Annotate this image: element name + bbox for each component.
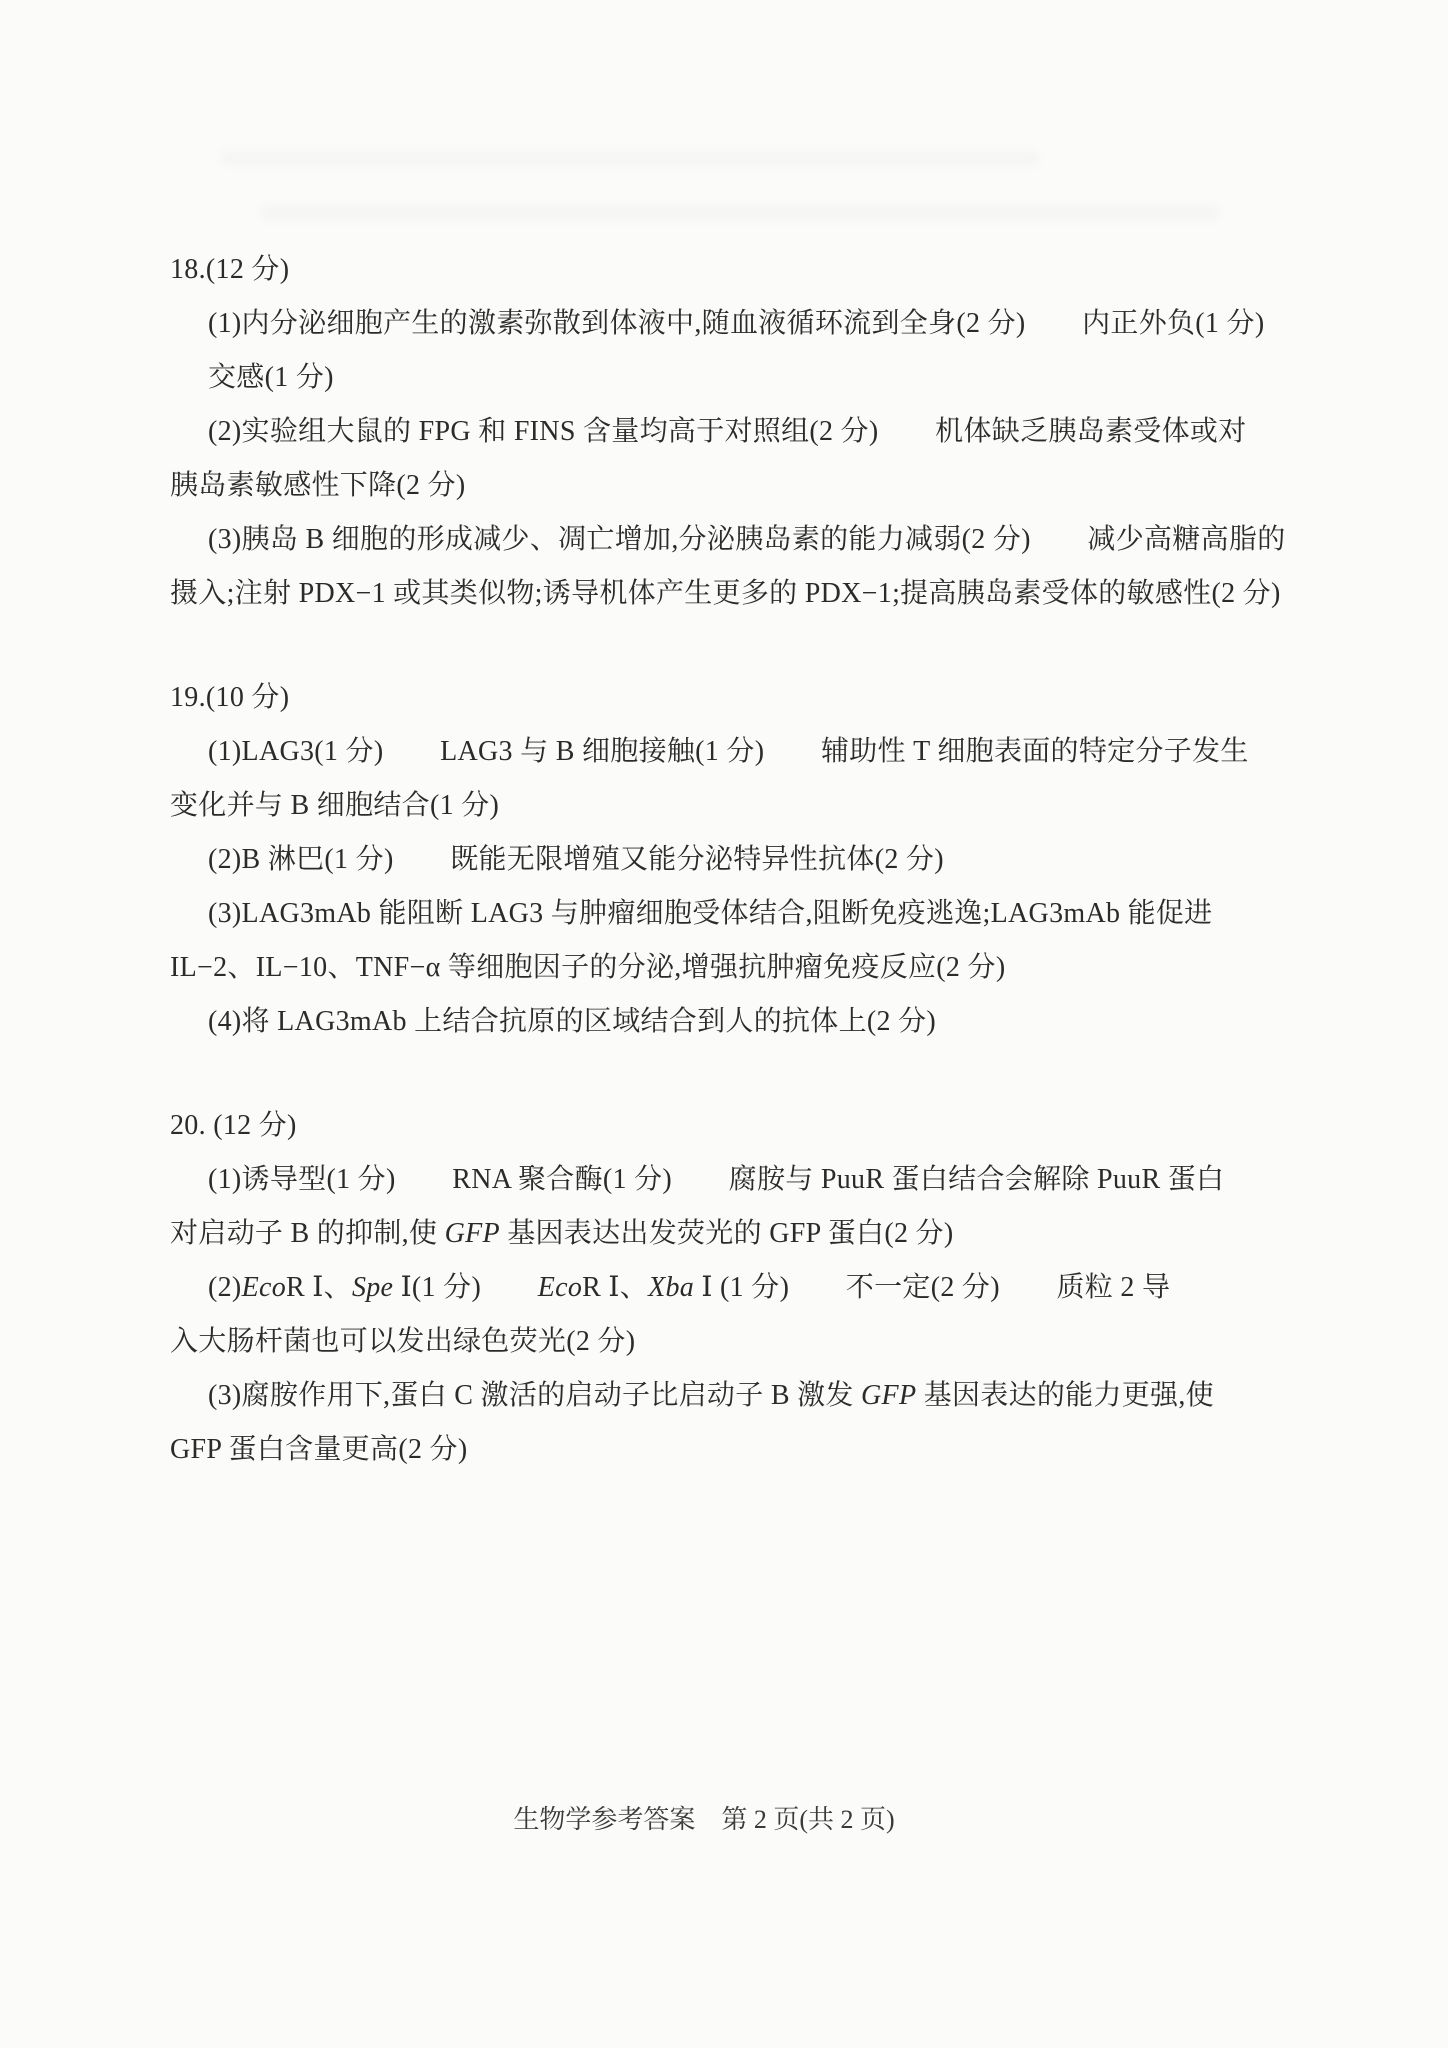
answer-segment	[394, 844, 451, 875]
answer-sheet-page: 18.(12 分)(1)内分泌细胞产生的激素弥散到体液中,随血液循环流到全身(2…	[0, 0, 1448, 2048]
answer-segment	[672, 1164, 729, 1195]
answer-segment-italic: GFP	[445, 1218, 500, 1249]
answer-line: (3)胰岛 B 细胞的形成减少、凋亡增加,分泌胰岛素的能力减弱(2 分) 减少高…	[170, 513, 1288, 567]
answer-segment: RNA 聚合酶(1 分)	[452, 1164, 672, 1195]
question-section: 20. (12 分)(1)诱导型(1 分) RNA 聚合酶(1 分) 腐胺与 P…	[170, 1099, 1288, 1477]
answer-line: (2)EcoR Ⅰ、Spe Ⅰ(1 分) EcoR Ⅰ、Xba Ⅰ (1 分) …	[170, 1261, 1288, 1315]
answer-segment	[396, 1164, 453, 1195]
answer-line: (1)诱导型(1 分) RNA 聚合酶(1 分) 腐胺与 PuuR 蛋白结合会解…	[170, 1153, 1288, 1207]
answer-segment: 质粒 2 导	[1056, 1272, 1170, 1303]
answer-segment: 减少高糖高脂的	[1087, 524, 1285, 555]
answer-segment	[1000, 1272, 1057, 1303]
answer-segment: R Ⅰ、	[286, 1272, 352, 1303]
answer-segment: 机体缺乏胰岛素受体或对	[935, 416, 1246, 447]
answer-segment	[1026, 308, 1083, 339]
answer-segment-italic: Xba	[648, 1272, 694, 1303]
question-section: 19.(10 分)(1)LAG3(1 分) LAG3 与 B 细胞接触(1 分)…	[170, 671, 1288, 1049]
answer-segment: 基因表达出发荧光的 GFP 蛋白(2 分)	[500, 1218, 954, 1249]
answer-segment-italic: GFP	[861, 1380, 916, 1411]
scan-bleed-artifact	[260, 205, 1220, 221]
answer-segment: 内正外负(1 分)	[1082, 308, 1264, 339]
answer-segment: (2)实验组大鼠的 FPG 和 FINS 含量均高于对照组(2 分)	[208, 416, 879, 447]
answer-segment: (3)胰岛 B 细胞的形成减少、凋亡增加,分泌胰岛素的能力减弱(2 分)	[208, 524, 1031, 555]
answer-line: (3)腐胺作用下,蛋白 C 激活的启动子比启动子 B 激发 GFP 基因表达的能…	[170, 1369, 1288, 1423]
answer-segment	[383, 736, 440, 767]
answer-line: GFP 蛋白含量更高(2 分)	[170, 1423, 1288, 1477]
question-section: 18.(12 分)(1)内分泌细胞产生的激素弥散到体液中,随血液循环流到全身(2…	[170, 243, 1288, 621]
answer-segment: (2)B 淋巴(1 分)	[208, 844, 394, 875]
answer-segment: 摄入;注射 PDX−1 或其类似物;诱导机体产生更多的 PDX−1;提高胰岛素受…	[170, 578, 1281, 609]
question-heading: 20. (12 分)	[170, 1099, 1288, 1153]
answer-segment: (1)诱导型(1 分)	[208, 1164, 396, 1195]
answer-segment	[789, 1272, 846, 1303]
question-heading: 19.(10 分)	[170, 671, 1288, 725]
answer-line: (4)将 LAG3mAb 上结合抗原的区域结合到人的抗体上(2 分)	[170, 995, 1288, 1049]
answer-line: 变化并与 B 细胞结合(1 分)	[170, 779, 1288, 833]
answer-segment: 既能无限增殖又能分泌特异性抗体(2 分)	[450, 844, 944, 875]
answer-line: (2)B 淋巴(1 分) 既能无限增殖又能分泌特异性抗体(2 分)	[170, 833, 1288, 887]
answer-segment-italic: Spe	[352, 1272, 393, 1303]
answer-line: IL−2、IL−10、TNF−α 等细胞因子的分泌,增强抗肿瘤免疫反应(2 分)	[170, 941, 1288, 995]
answer-segment: 胰岛素敏感性下降(2 分)	[170, 470, 466, 501]
answers-content: 18.(12 分)(1)内分泌细胞产生的激素弥散到体液中,随血液循环流到全身(2…	[170, 243, 1288, 1477]
answer-segment: 不一定(2 分)	[846, 1272, 1000, 1303]
answer-segment: (3)腐胺作用下,蛋白 C 激活的启动子比启动子 B 激发	[208, 1380, 861, 1411]
answer-segment: (2)	[208, 1272, 242, 1303]
page-footer: 生物学参考答案 第 2 页(共 2 页)	[0, 1800, 1428, 1840]
answer-line: (1)LAG3(1 分) LAG3 与 B 细胞接触(1 分) 辅助性 T 细胞…	[170, 725, 1288, 779]
answer-segment-italic: Eco	[242, 1272, 286, 1303]
answer-segment	[481, 1272, 538, 1303]
answer-line: (3)LAG3mAb 能阻断 LAG3 与肿瘤细胞受体结合,阻断免疫逃逸;LAG…	[170, 887, 1288, 941]
answer-line: 摄入;注射 PDX−1 或其类似物;诱导机体产生更多的 PDX−1;提高胰岛素受…	[170, 567, 1288, 621]
answer-line: 胰岛素敏感性下降(2 分)	[170, 459, 1288, 513]
answer-segment: IL−2、IL−10、TNF−α 等细胞因子的分泌,增强抗肿瘤免疫反应(2 分)	[170, 952, 1005, 983]
answer-segment: 交感(1 分)	[208, 362, 334, 393]
answer-segment: GFP 蛋白含量更高(2 分)	[170, 1434, 467, 1465]
footer-text: 生物学参考答案 第 2 页(共 2 页)	[513, 1805, 894, 1834]
answer-segment	[879, 416, 936, 447]
scan-bleed-artifact	[220, 150, 1040, 166]
answer-segment: 辅助性 T 细胞表面的特定分子发生	[821, 736, 1249, 767]
answer-line: (2)实验组大鼠的 FPG 和 FINS 含量均高于对照组(2 分) 机体缺乏胰…	[170, 405, 1288, 459]
answer-segment: 基因表达的能力更强,使	[916, 1380, 1214, 1411]
answer-segment	[764, 736, 821, 767]
answer-line: 交感(1 分)	[170, 351, 1288, 405]
answer-segment: (3)LAG3mAb 能阻断 LAG3 与肿瘤细胞受体结合,阻断免疫逃逸;LAG…	[208, 898, 1212, 929]
answer-segment: Ⅰ(1 分)	[393, 1272, 481, 1303]
answer-segment	[1031, 524, 1088, 555]
answer-segment: LAG3 与 B 细胞接触(1 分)	[440, 736, 764, 767]
answer-segment: (4)将 LAG3mAb 上结合抗原的区域结合到人的抗体上(2 分)	[208, 1006, 936, 1037]
question-heading: 18.(12 分)	[170, 243, 1288, 297]
answer-segment: 变化并与 B 细胞结合(1 分)	[170, 790, 499, 821]
answer-segment-italic: Eco	[538, 1272, 582, 1303]
answer-segment: R Ⅰ、	[582, 1272, 648, 1303]
answer-line: 对启动子 B 的抑制,使 GFP 基因表达出发荧光的 GFP 蛋白(2 分)	[170, 1207, 1288, 1261]
answer-line: (1)内分泌细胞产生的激素弥散到体液中,随血液循环流到全身(2 分) 内正外负(…	[170, 297, 1288, 351]
answer-segment: 入大肠杆菌也可以发出绿色荧光(2 分)	[170, 1326, 635, 1357]
answer-segment: (1)LAG3(1 分)	[208, 736, 383, 767]
answer-line: 入大肠杆菌也可以发出绿色荧光(2 分)	[170, 1315, 1288, 1369]
answer-segment: 腐胺与 PuuR 蛋白结合会解除 PuuR 蛋白	[729, 1164, 1225, 1195]
answer-segment: (1)内分泌细胞产生的激素弥散到体液中,随血液循环流到全身(2 分)	[208, 308, 1026, 339]
answer-segment: 对启动子 B 的抑制,使	[170, 1218, 445, 1249]
answer-segment: Ⅰ (1 分)	[694, 1272, 789, 1303]
